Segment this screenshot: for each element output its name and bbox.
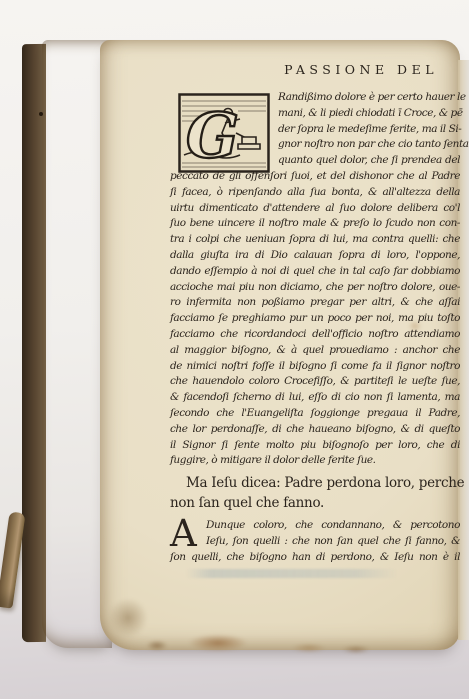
text-line: uirtu dimenticato d'attendere al ſuo dol… — [170, 201, 460, 217]
paragraph-ma-iesu: Ma Ieſu dicea: Padre perdona loro, perch… — [170, 474, 460, 513]
text-line: tra i colpi che ueniuan ſopra di lui, ma… — [170, 232, 460, 248]
woodcut-initial-G: G — [178, 93, 270, 173]
stain — [292, 643, 326, 653]
text-line: Randißimo dolore è per certo hauer le — [278, 90, 460, 106]
text-line: facciamo ſe preghiamo pur un poco per no… — [170, 311, 460, 327]
text-line: ſon quelli, che biſogno han di perdono, … — [170, 549, 460, 565]
text-line: Dunque coloro, che condannano, & percoto… — [206, 517, 460, 533]
text-line: dando eſſempio à noi di quel che in tal … — [170, 264, 460, 280]
text-line: ro infermita non poßiamo pregar per altr… — [170, 295, 460, 311]
text-line: ſecondo che l'Euangeliſta ſoggionge preg… — [170, 406, 460, 422]
paragraph-adunque: A Dunque coloro, che condannano, & perco… — [170, 517, 460, 564]
stain — [342, 645, 370, 654]
text-line: de nimici noſtri foſſe il biſogno ſi com… — [170, 359, 460, 375]
text-line: non ſan quel che fanno. — [170, 494, 460, 514]
text-line: il Signor ſi ſente molto piu biſognoſo p… — [170, 438, 460, 454]
text-line: Ieſu, ſon quelli : che non ſan quel che … — [206, 533, 460, 549]
drop-cap-A: A — [170, 518, 197, 550]
text-line: ſi facea, ò ripenſando alla ſua bonta, &… — [170, 185, 460, 201]
text-line: mani, & li piedi chiodati ī Croce, & pē — [278, 106, 460, 122]
paragraph-grandissimo: G Randißimo dolore è per certo hauer le … — [170, 84, 460, 469]
running-head: PASSIONE DEL — [170, 62, 460, 84]
text-line: fuggire, ò mitigare il dolor delle ferit… — [170, 453, 460, 469]
stain — [188, 634, 248, 652]
text-line: dalla giuſta ira di Dio calauan ſopra di… — [170, 248, 460, 264]
text-line: al maggior biſogno, & à quel prouediamo … — [170, 343, 460, 359]
photo-backdrop: PASSIONE DEL — [0, 0, 469, 699]
text-line: che hauendolo coloro Crocefiſſo, & parti… — [170, 374, 460, 390]
text-line: gnor noſtro non par che cio tanto ſenta — [278, 137, 460, 153]
text-line: der ſopra le medeſime ferite, ma il Si- — [278, 122, 460, 138]
text-line: ſuo bene uincere il noſtro male & preſo … — [170, 216, 460, 232]
initial-letter-G: G — [186, 99, 239, 172]
text-line: che lor perdonaſſe, di che haueano biſog… — [170, 422, 460, 438]
text-line: & facendoſi ſcherno di lui, eſſo di cio … — [170, 390, 460, 406]
printed-page-text: PASSIONE DEL — [170, 62, 460, 565]
stain — [146, 640, 168, 651]
text-line: facciamo che ricordandoci dell'officio n… — [170, 327, 460, 343]
ink-offset-smudge — [186, 569, 398, 578]
stain — [108, 598, 148, 638]
text-line: Ma Ieſu dicea: Padre perdona loro, perch… — [170, 474, 460, 494]
ink-speck — [39, 112, 43, 116]
text-line: accioche mai piu non diciamo, che per no… — [170, 280, 460, 296]
text-line: quanto quel dolor, che ſi prendea del — [278, 153, 460, 169]
